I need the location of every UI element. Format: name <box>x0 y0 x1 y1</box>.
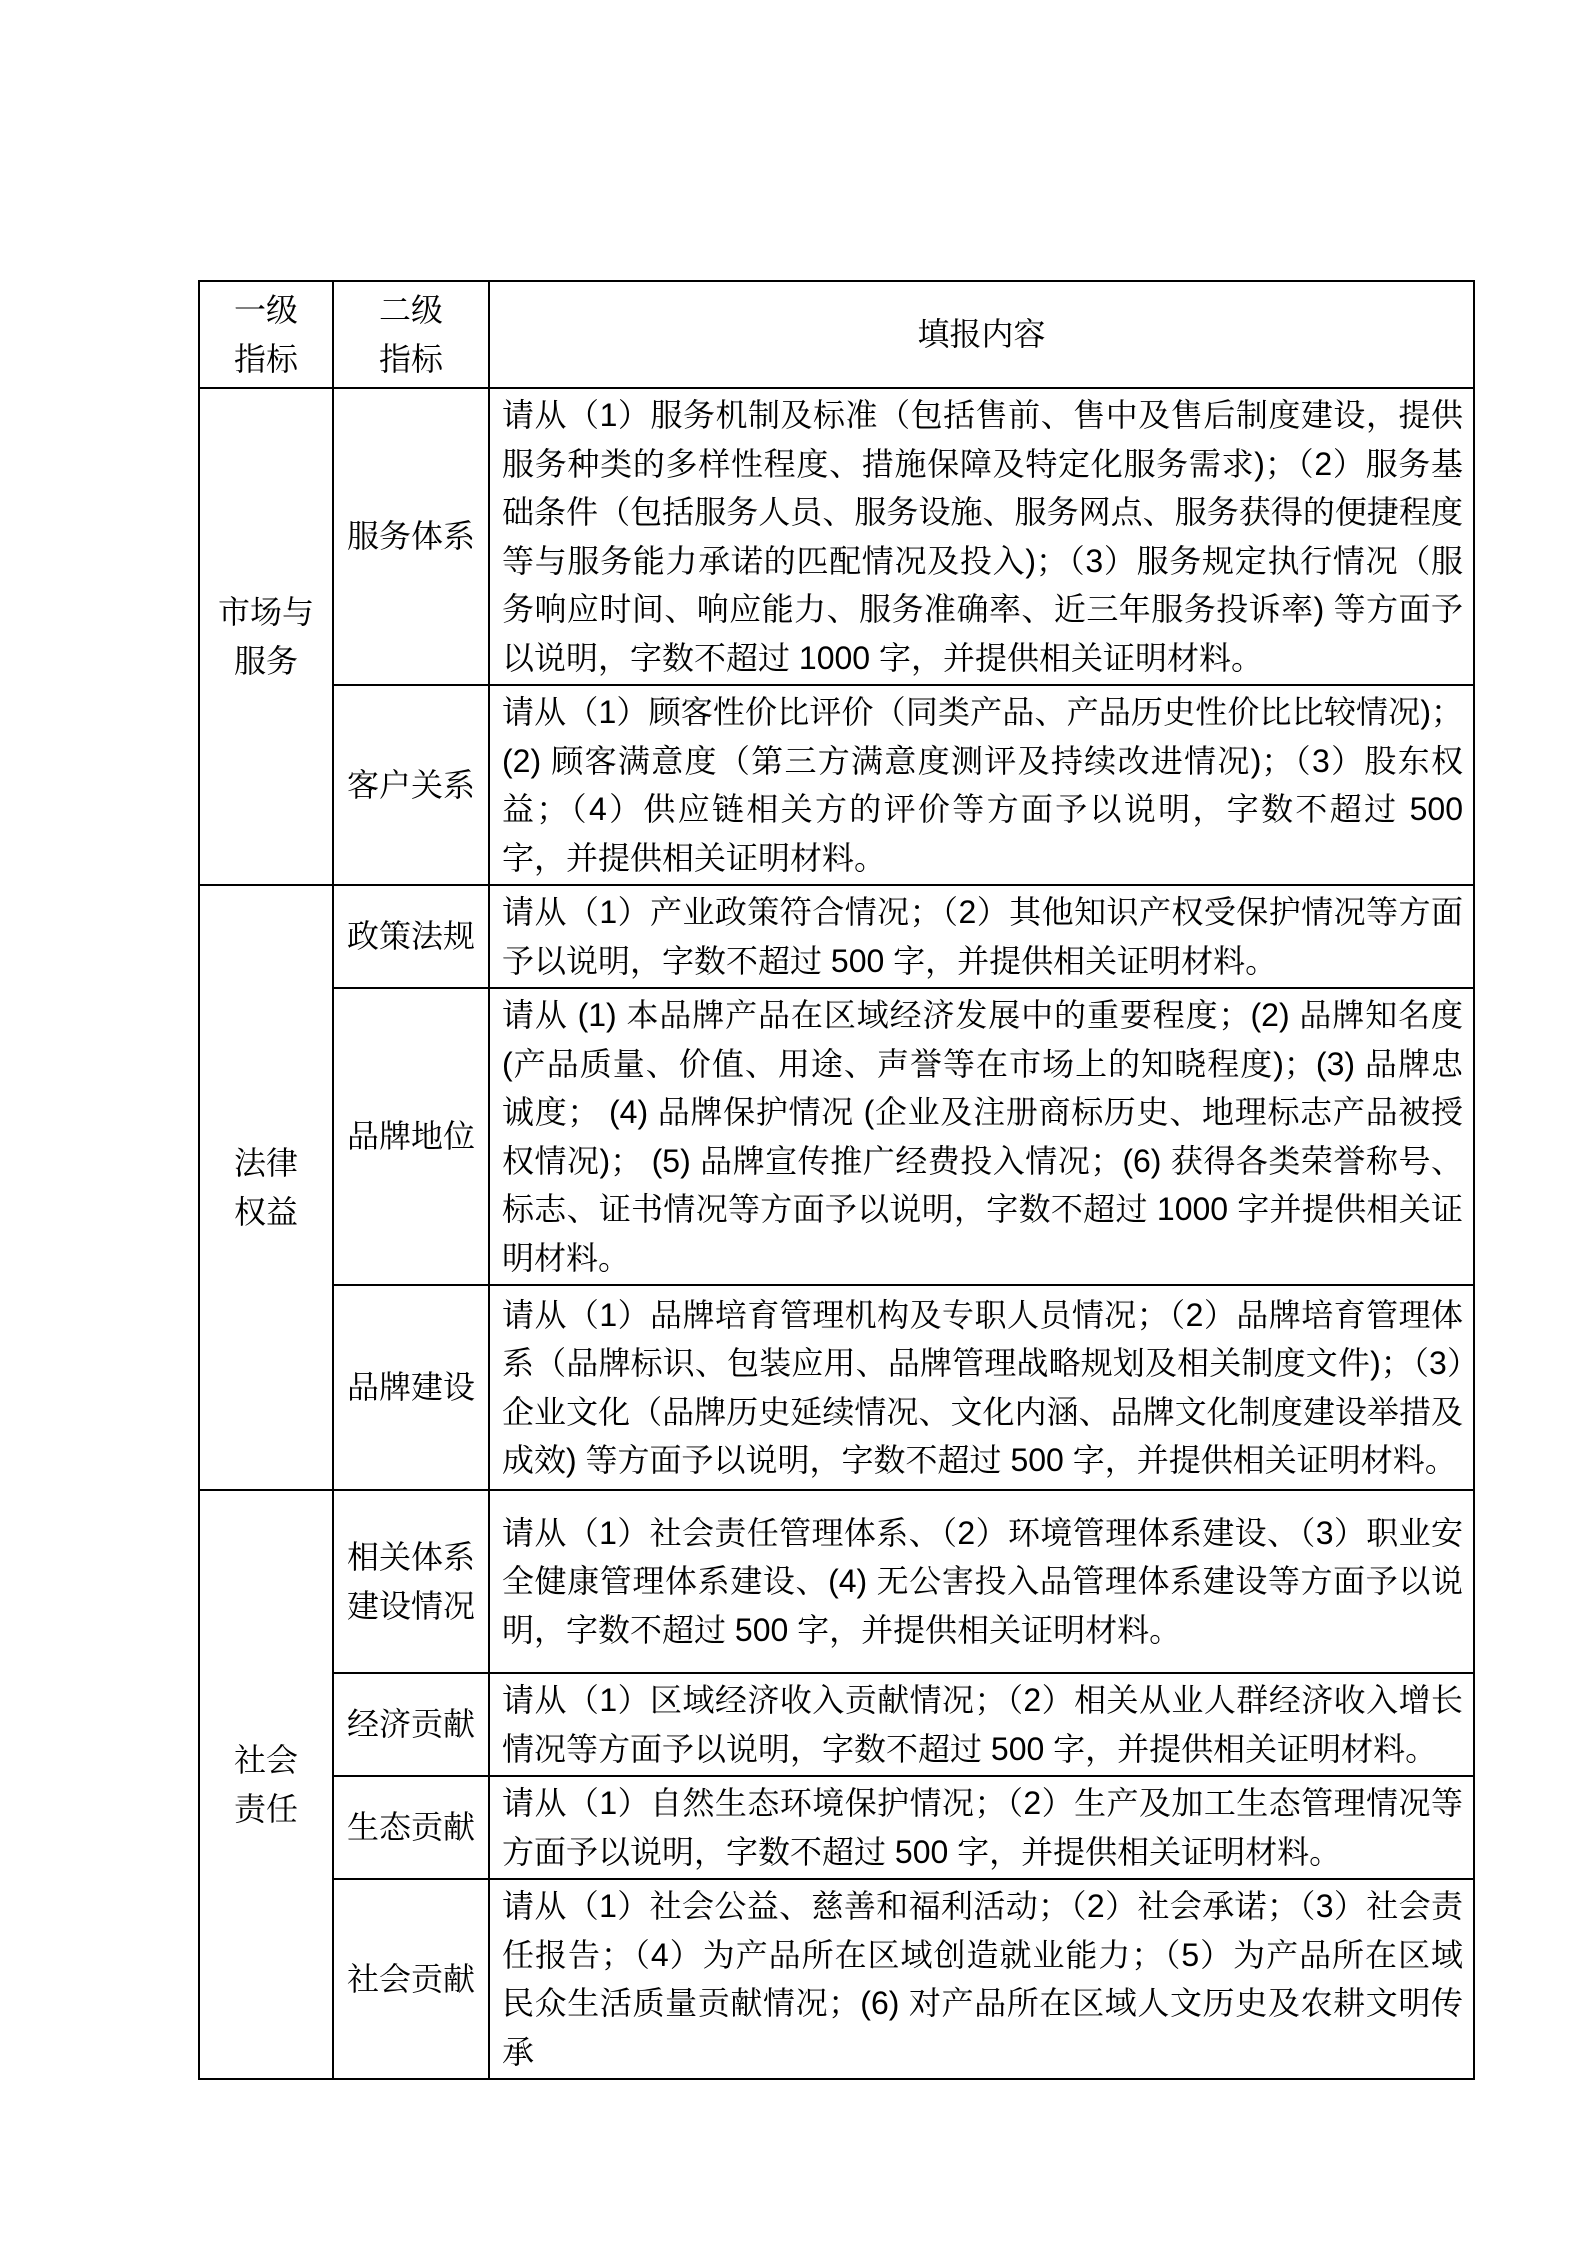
table-row: 社会 责任 相关体系 建设情况 请从（1）社会责任管理体系、（2）环境管理体系建… <box>199 1490 1474 1673</box>
content-policy-regulation: 请从（1）产业政策符合情况；（2）其他知识产权受保护情况等方面予以说明，字数不超… <box>489 885 1474 988</box>
table-row: 品牌地位 请从 (1) 本品牌产品在区域经济发展中的重要程度；(2) 品牌知名度… <box>199 988 1474 1285</box>
table-row: 品牌建设 请从（1）品牌培育管理机构及专职人员情况；（2）品牌培育管理体系（品牌… <box>199 1285 1474 1490</box>
group-label-social-responsibility: 社会 责任 <box>199 1490 333 2079</box>
content-brand-building: 请从（1）品牌培育管理机构及专职人员情况；（2）品牌培育管理体系（品牌标识、包装… <box>489 1285 1474 1490</box>
row-label-ecological-contribution: 生态贡献 <box>333 1776 489 1879</box>
table-row: 市场与 服务 服务体系 请从（1）服务机制及标准（包括售前、售中及售后制度建设，… <box>199 388 1474 685</box>
content-social-contribution: 请从（1）社会公益、慈善和福利活动；（2）社会承诺；（3）社会责任报告；（4）为… <box>489 1879 1474 2079</box>
row-label-service-system: 服务体系 <box>333 388 489 685</box>
indicator-table: 一级 指标 二级 指标 填报内容 市场与 服务 服务体系 请从（1）服务机制及标… <box>198 280 1475 2080</box>
content-economic-contribution: 请从（1）区域经济收入贡献情况；（2）相关从业人群经济收入增长情况等方面予以说明… <box>489 1673 1474 1776</box>
header-level1-indicator: 一级 指标 <box>199 281 333 388</box>
header-level2-indicator: 二级 指标 <box>333 281 489 388</box>
table-row: 社会贡献 请从（1）社会公益、慈善和福利活动；（2）社会承诺；（3）社会责任报告… <box>199 1879 1474 2079</box>
group-label-legal-rights: 法律 权益 <box>199 885 333 1490</box>
header-fill-content: 填报内容 <box>489 281 1474 388</box>
row-label-related-systems: 相关体系 建设情况 <box>333 1490 489 1673</box>
row-label-brand-status: 品牌地位 <box>333 988 489 1285</box>
table-row: 经济贡献 请从（1）区域经济收入贡献情况；（2）相关从业人群经济收入增长情况等方… <box>199 1673 1474 1776</box>
row-label-customer-relations: 客户关系 <box>333 685 489 885</box>
table-row: 生态贡献 请从（1）自然生态环境保护情况；（2）生产及加工生态管理情况等方面予以… <box>199 1776 1474 1879</box>
row-label-policy-regulation: 政策法规 <box>333 885 489 988</box>
row-label-brand-building: 品牌建设 <box>333 1285 489 1490</box>
table-header-row: 一级 指标 二级 指标 填报内容 <box>199 281 1474 388</box>
row-label-social-contribution: 社会贡献 <box>333 1879 489 2079</box>
content-related-systems: 请从（1）社会责任管理体系、（2）环境管理体系建设、（3）职业安全健康管理体系建… <box>489 1490 1474 1673</box>
content-brand-status: 请从 (1) 本品牌产品在区域经济发展中的重要程度；(2) 品牌知名度 (产品质… <box>489 988 1474 1285</box>
row-label-economic-contribution: 经济贡献 <box>333 1673 489 1776</box>
document-page: 一级 指标 二级 指标 填报内容 市场与 服务 服务体系 请从（1）服务机制及标… <box>0 0 1587 2245</box>
content-customer-relations: 请从（1）顾客性价比评价（同类产品、产品历史性价比比较情况)； (2) 顾客满意… <box>489 685 1474 885</box>
content-service-system: 请从（1）服务机制及标准（包括售前、售中及售后制度建设，提供服务种类的多样性程度… <box>489 388 1474 685</box>
content-ecological-contribution: 请从（1）自然生态环境保护情况；（2）生产及加工生态管理情况等方面予以说明，字数… <box>489 1776 1474 1879</box>
group-label-market-service: 市场与 服务 <box>199 388 333 885</box>
table-row: 法律 权益 政策法规 请从（1）产业政策符合情况；（2）其他知识产权受保护情况等… <box>199 885 1474 988</box>
table-row: 客户关系 请从（1）顾客性价比评价（同类产品、产品历史性价比比较情况)； (2)… <box>199 685 1474 885</box>
